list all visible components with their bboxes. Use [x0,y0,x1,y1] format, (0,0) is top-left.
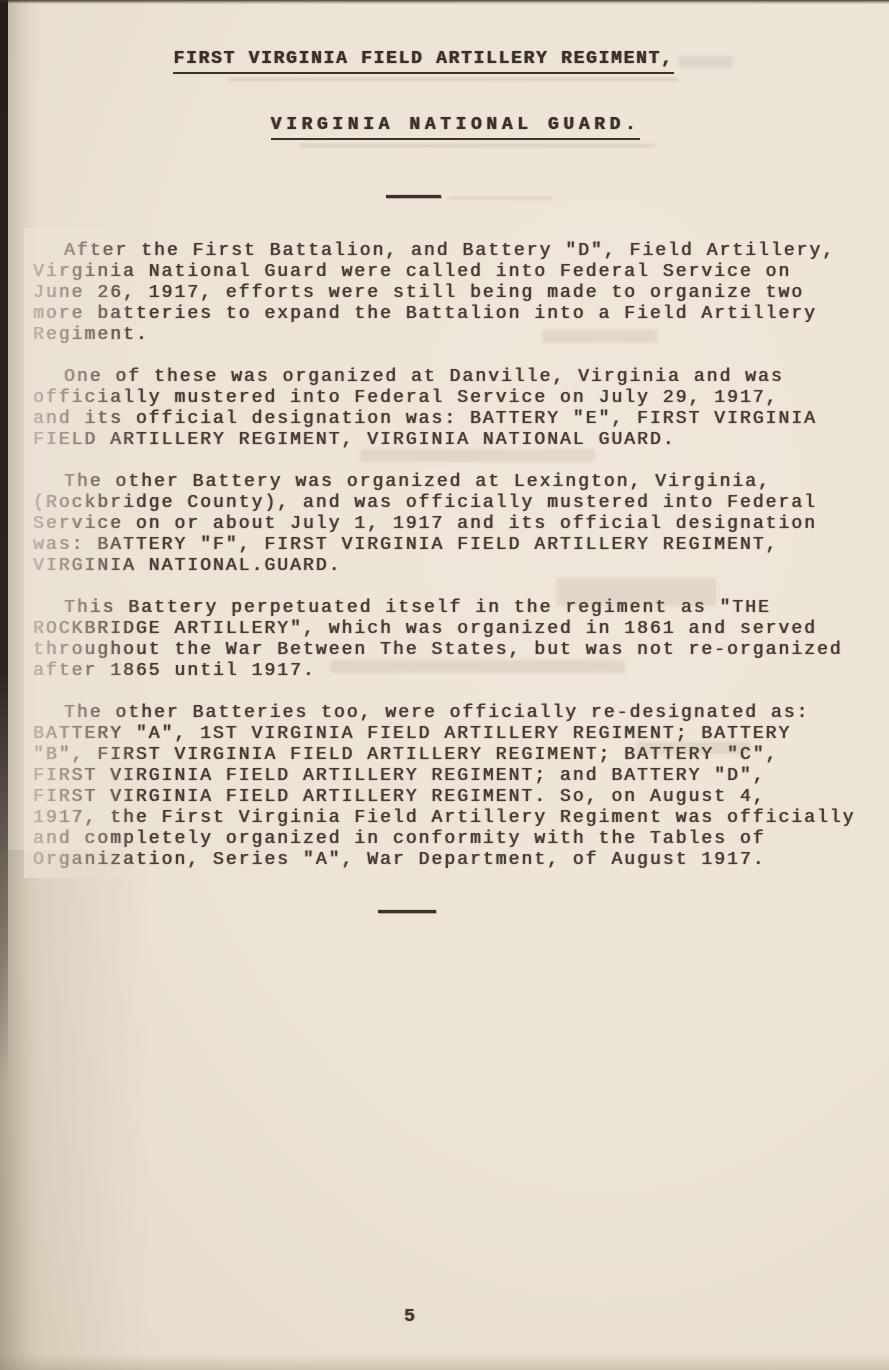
text-line: FIRST VIRGINIA FIELD ARTILLERY REGIMENT;… [33,766,856,787]
bleed-through-smudge [556,578,716,606]
text-line: Regiment. [33,325,835,346]
text-line: One of these was organized at Danville, … [33,367,817,388]
document-subtitle-row: VIRGINIA NATIONAL GUARD. [0,115,889,140]
text-line: and its official designation was: BATTER… [33,409,817,430]
text-line: throughout the War Between The States, b… [33,640,843,661]
text-line: Service on or about July 1, 1917 and its… [33,514,817,535]
text-line: (Rockbridge County), and was officially … [33,493,817,514]
scanned-document-page: FIRST VIRGINIA FIELD ARTILLERY REGIMENT,… [0,0,889,1370]
text-line: 1917, the First Virginia Field Artillery… [33,808,856,829]
document-title-row: FIRST VIRGINIA FIELD ARTILLERY REGIMENT, [0,49,889,74]
text-line: was: BATTERY "F", FIRST VIRGINIA FIELD A… [33,535,817,556]
bleed-through-smudge [330,660,625,673]
bleed-through-smudge [360,449,595,462]
paragraph-2: One of these was organized at Danville, … [33,367,817,451]
document-title-line-1: FIRST VIRGINIA FIELD ARTILLERY REGIMENT, [173,49,673,74]
scan-edge-top [0,0,889,4]
paragraph-5: The other Batteries too, were officially… [33,703,856,871]
text-line: and completely organized in conformity w… [33,829,856,850]
bleed-through-smudge [542,330,657,343]
text-line: VIRGINIA NATIONAL.GUARD. [33,556,817,577]
text-line: June 26, 1917, efforts were still being … [33,283,835,304]
underline-echo [228,78,678,81]
text-line: officially mustered into Federal Service… [33,388,817,409]
document-title-line-2: VIRGINIA NATIONAL GUARD. [271,115,641,140]
closing-divider [378,910,436,913]
bleed-through-smudge [636,742,751,754]
page-number: 5 [404,1307,416,1327]
section-divider-echo [448,197,553,199]
underline-echo [300,144,655,147]
text-line: The other Batteries too, were officially… [33,703,856,724]
text-line: The other Battery was organized at Lexin… [33,472,817,493]
text-line: more batteries to expand the Battalion i… [33,304,835,325]
scan-edge-bottom [0,1354,889,1370]
bleed-through-smudge [678,56,733,68]
text-line: FIRST VIRGINIA FIELD ARTILLERY REGIMENT.… [33,787,856,808]
paragraph-3: The other Battery was organized at Lexin… [33,472,817,577]
paragraph-1: After the First Battalion, and Battery "… [33,241,835,346]
text-line: This Battery perpetuated itself in the r… [33,598,843,619]
scan-vignette [0,850,150,1370]
section-divider [386,195,441,198]
text-line: FIELD ARTILLERY REGIMENT, VIRGINIA NATIO… [33,430,817,451]
text-line: Organization, Series "A", War Department… [33,850,856,871]
text-line: ROCKBRIDGE ARTILLERY", which was organiz… [33,619,843,640]
text-line: Virginia National Guard were called into… [33,262,835,283]
text-line: After the First Battalion, and Battery "… [33,241,835,262]
